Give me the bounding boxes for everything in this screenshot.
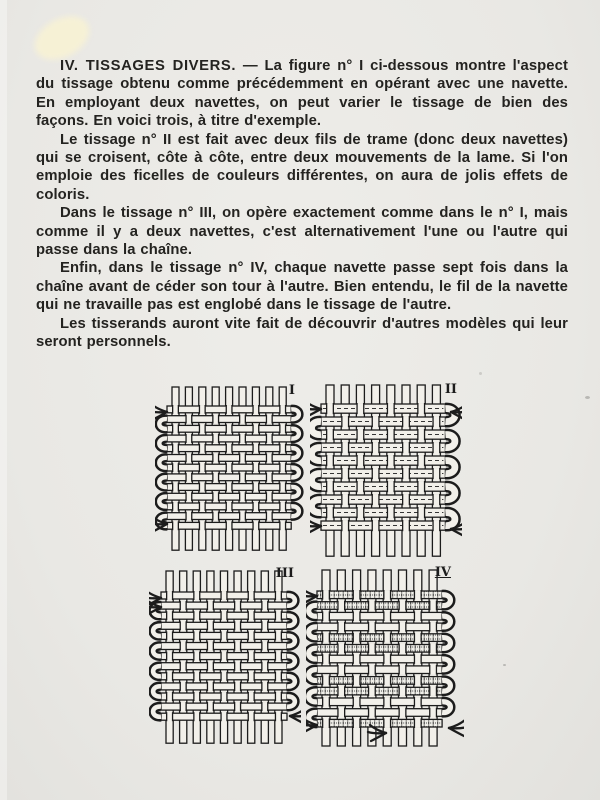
weave-illustration-4 <box>306 565 464 751</box>
figure-4: IV <box>306 565 464 751</box>
figure-label-2: II <box>445 383 457 396</box>
figure-label-3: III <box>276 567 294 580</box>
scan-speck <box>503 664 506 666</box>
section-heading: IV. TISSAGES DIVERS. <box>60 58 236 74</box>
heading-dash <box>236 58 243 74</box>
heading-dash-glyph: — <box>243 58 258 74</box>
scan-speck <box>479 372 482 375</box>
weave-illustration-1 <box>155 382 305 559</box>
figure-3: III <box>149 566 301 748</box>
paragraph-2: Le tissage n° II est fait avec deux fils… <box>36 131 568 205</box>
figure-label-1: I <box>289 384 295 397</box>
figure-2: II <box>310 381 462 563</box>
weave-illustration-2 <box>310 381 462 563</box>
paragraph-4: Enfin, dans le tissage n° IV, chaque nav… <box>36 259 568 314</box>
book-page: IV. TISSAGES DIVERS. — La figure n° I ci… <box>0 0 600 800</box>
figure-1: I <box>155 382 305 559</box>
paragraph-5: Les tisserands auront vite fait de décou… <box>36 315 568 352</box>
scan-speck <box>585 396 590 399</box>
weave-illustration-3 <box>149 566 301 748</box>
paragraph-3: Dans le tissage n° III, on opère exactem… <box>36 204 568 259</box>
figure-label-4: IV <box>435 566 451 579</box>
page-edge-highlight <box>0 0 7 800</box>
paragraph-1: IV. TISSAGES DIVERS. — La figure n° I ci… <box>36 57 568 131</box>
text-block: IV. TISSAGES DIVERS. — La figure n° I ci… <box>36 57 568 352</box>
